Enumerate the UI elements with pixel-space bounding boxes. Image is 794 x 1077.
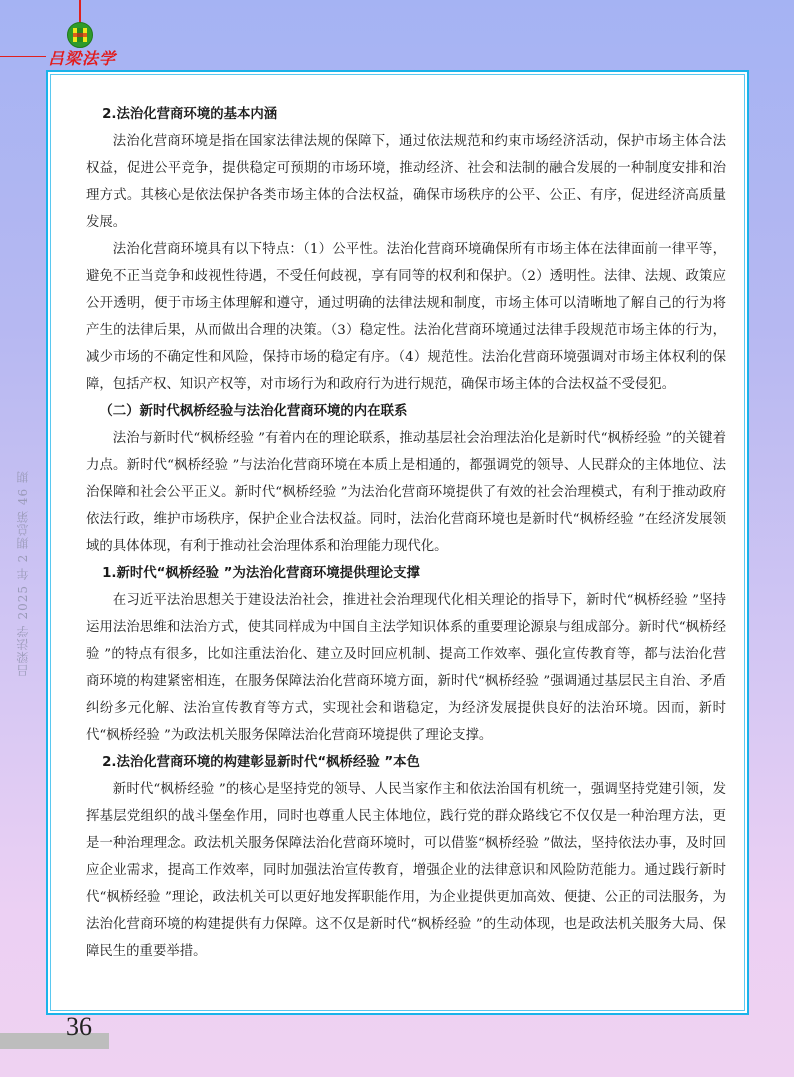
paragraph: 新时代“枫桥经验 ”的核心是坚持党的领导、人民当家作主和依法治国有机统一，强调坚… xyxy=(86,776,726,965)
section-heading: （二）新时代枫桥经验与法治化营商环境的内在联系 xyxy=(86,398,726,425)
journal-emblem-icon xyxy=(67,22,93,48)
paragraph: 法治与新时代“枫桥经验 ”有着内在的理论联系，推动基层社会治理法治化是新时代“枫… xyxy=(86,425,726,560)
subheading: 1.新时代“枫桥经验 ”为法治化营商环境提供理论支撑 xyxy=(86,560,726,587)
paragraph: 法治化营商环境是指在国家法律法规的保障下，通过依法规范和约束市场经济活动，保护市… xyxy=(86,128,726,236)
page-number-bar xyxy=(0,1033,109,1049)
article-body: 2.法治化营商环境的基本内涵 法治化营商环境是指在国家法律法规的保障下，通过依法… xyxy=(86,101,726,965)
issue-caption: 吕梁法学 2025 年 2 期总第 46 期 xyxy=(14,470,34,676)
page-number: 36 xyxy=(66,1012,92,1042)
journal-brand-title: 吕梁法学 xyxy=(48,46,116,69)
subheading: 2.法治化营商环境的构建彰显新时代“枫桥经验 ”本色 xyxy=(86,749,726,776)
paragraph: 法治化营商环境具有以下特点：（1）公平性。法治化营商环境确保所有市场主体在法律面… xyxy=(86,236,726,398)
header-vertical-rule xyxy=(79,0,81,22)
subheading: 2.法治化营商环境的基本内涵 xyxy=(86,101,726,128)
emblem-center xyxy=(73,28,87,42)
paragraph: 在习近平法治思想关于建设法治社会，推进社会治理现代化相关理论的指导下，新时代“枫… xyxy=(86,587,726,749)
header-horizontal-rule xyxy=(0,56,46,57)
